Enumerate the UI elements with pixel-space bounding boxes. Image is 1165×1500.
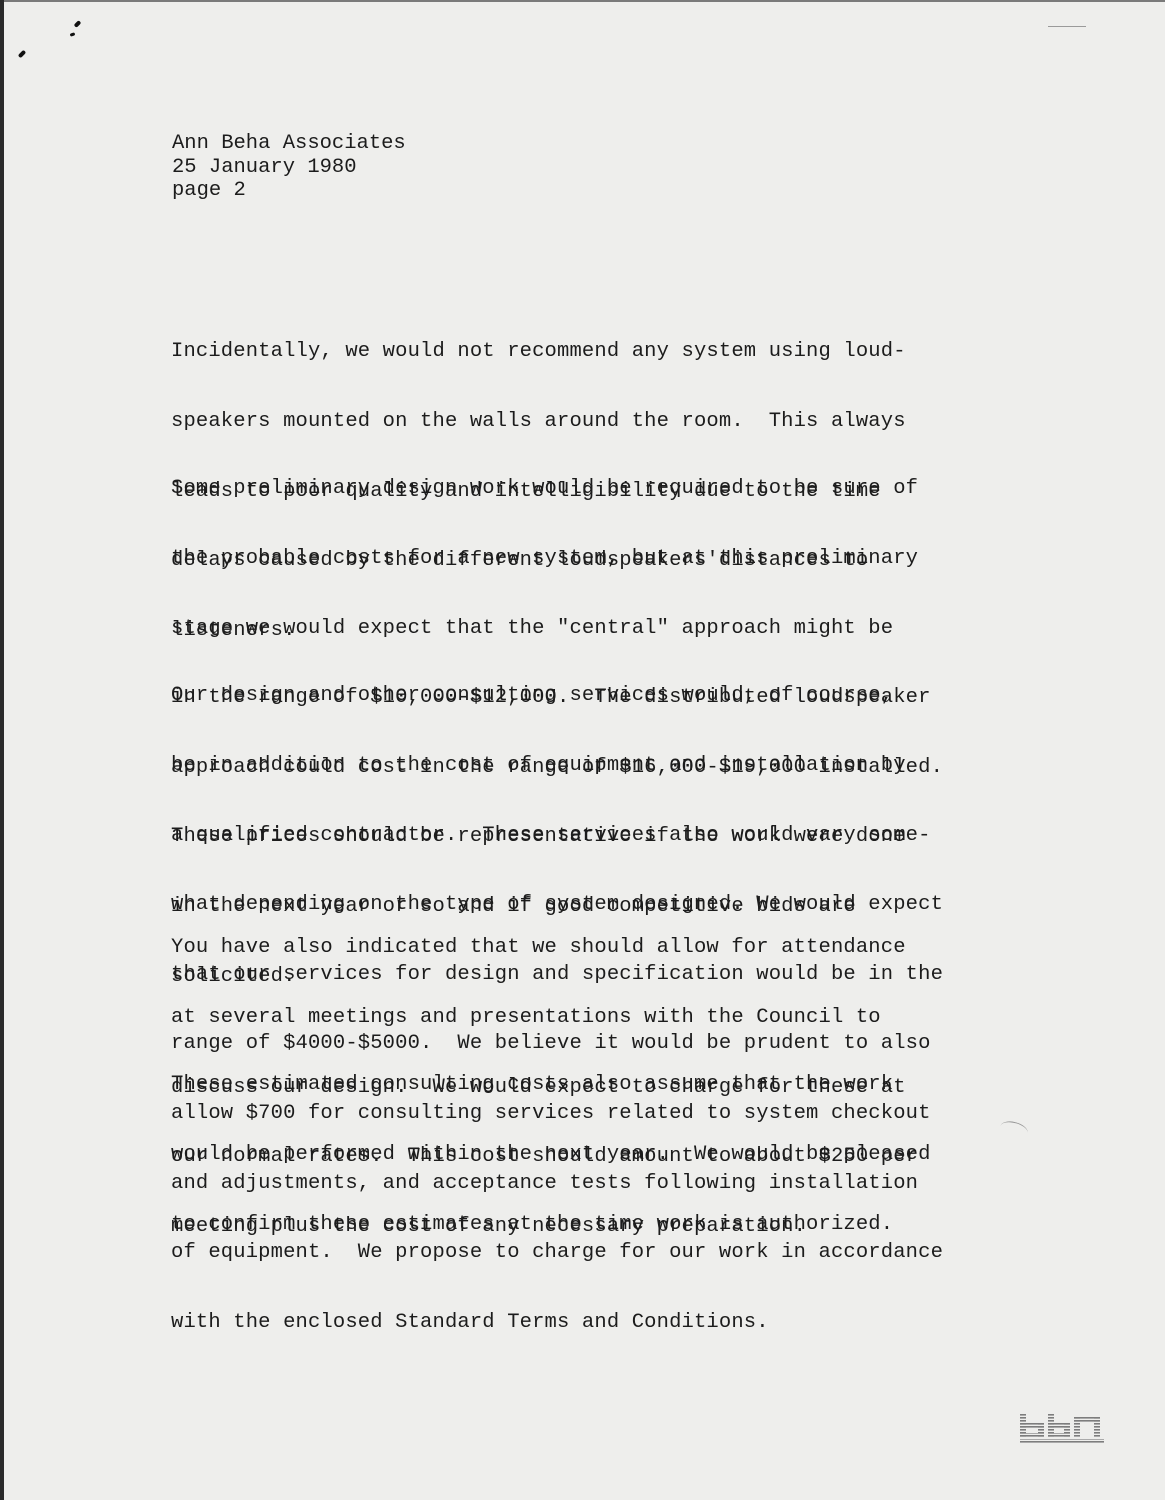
letter-header: Ann Beha Associates25 January 1980page 2 [172,132,406,203]
bbn-logo-glyph [1020,1414,1104,1444]
scan-speck [70,32,76,37]
text-line: with the enclosed Standard Terms and Con… [171,1311,943,1334]
scan-mark [999,1119,1030,1141]
text-line: speakers mounted on the walls around the… [171,410,906,433]
bbn-logo-icon [1020,1414,1104,1444]
text-line: the probable costs for a new system, but… [171,547,943,570]
scan-speck [74,20,82,28]
scan-speck [18,50,26,58]
corner-mark [1048,26,1086,27]
text-line: Incidentally, we would not recommend any… [171,340,906,363]
recipient-name: Ann Beha Associates [172,132,406,156]
page-top-edge [0,0,1165,2]
letter-date: 25 January 1980 [172,156,406,180]
text-line: You have also indicated that we should a… [171,936,918,959]
text-line: These estimated consulting costs also as… [171,1073,931,1096]
text-line: to confirm these estimates at the time w… [171,1213,931,1236]
text-line: stage we would expect that the "central"… [171,617,943,640]
text-line: be in addition to the cost of equipment … [171,754,943,777]
text-line: Some preliminary design work would be re… [171,477,943,500]
page-left-edge [0,0,4,1500]
page-number: page 2 [172,179,406,203]
text-line: at several meetings and presentations wi… [171,1006,918,1029]
text-line: a qualified contractor. These services a… [171,824,943,847]
paragraph-closing: These estimated consulting costs also as… [171,1027,931,1259]
text-line: Our design and other consulting services… [171,684,943,707]
text-line: would be performed within the next year.… [171,1143,931,1166]
